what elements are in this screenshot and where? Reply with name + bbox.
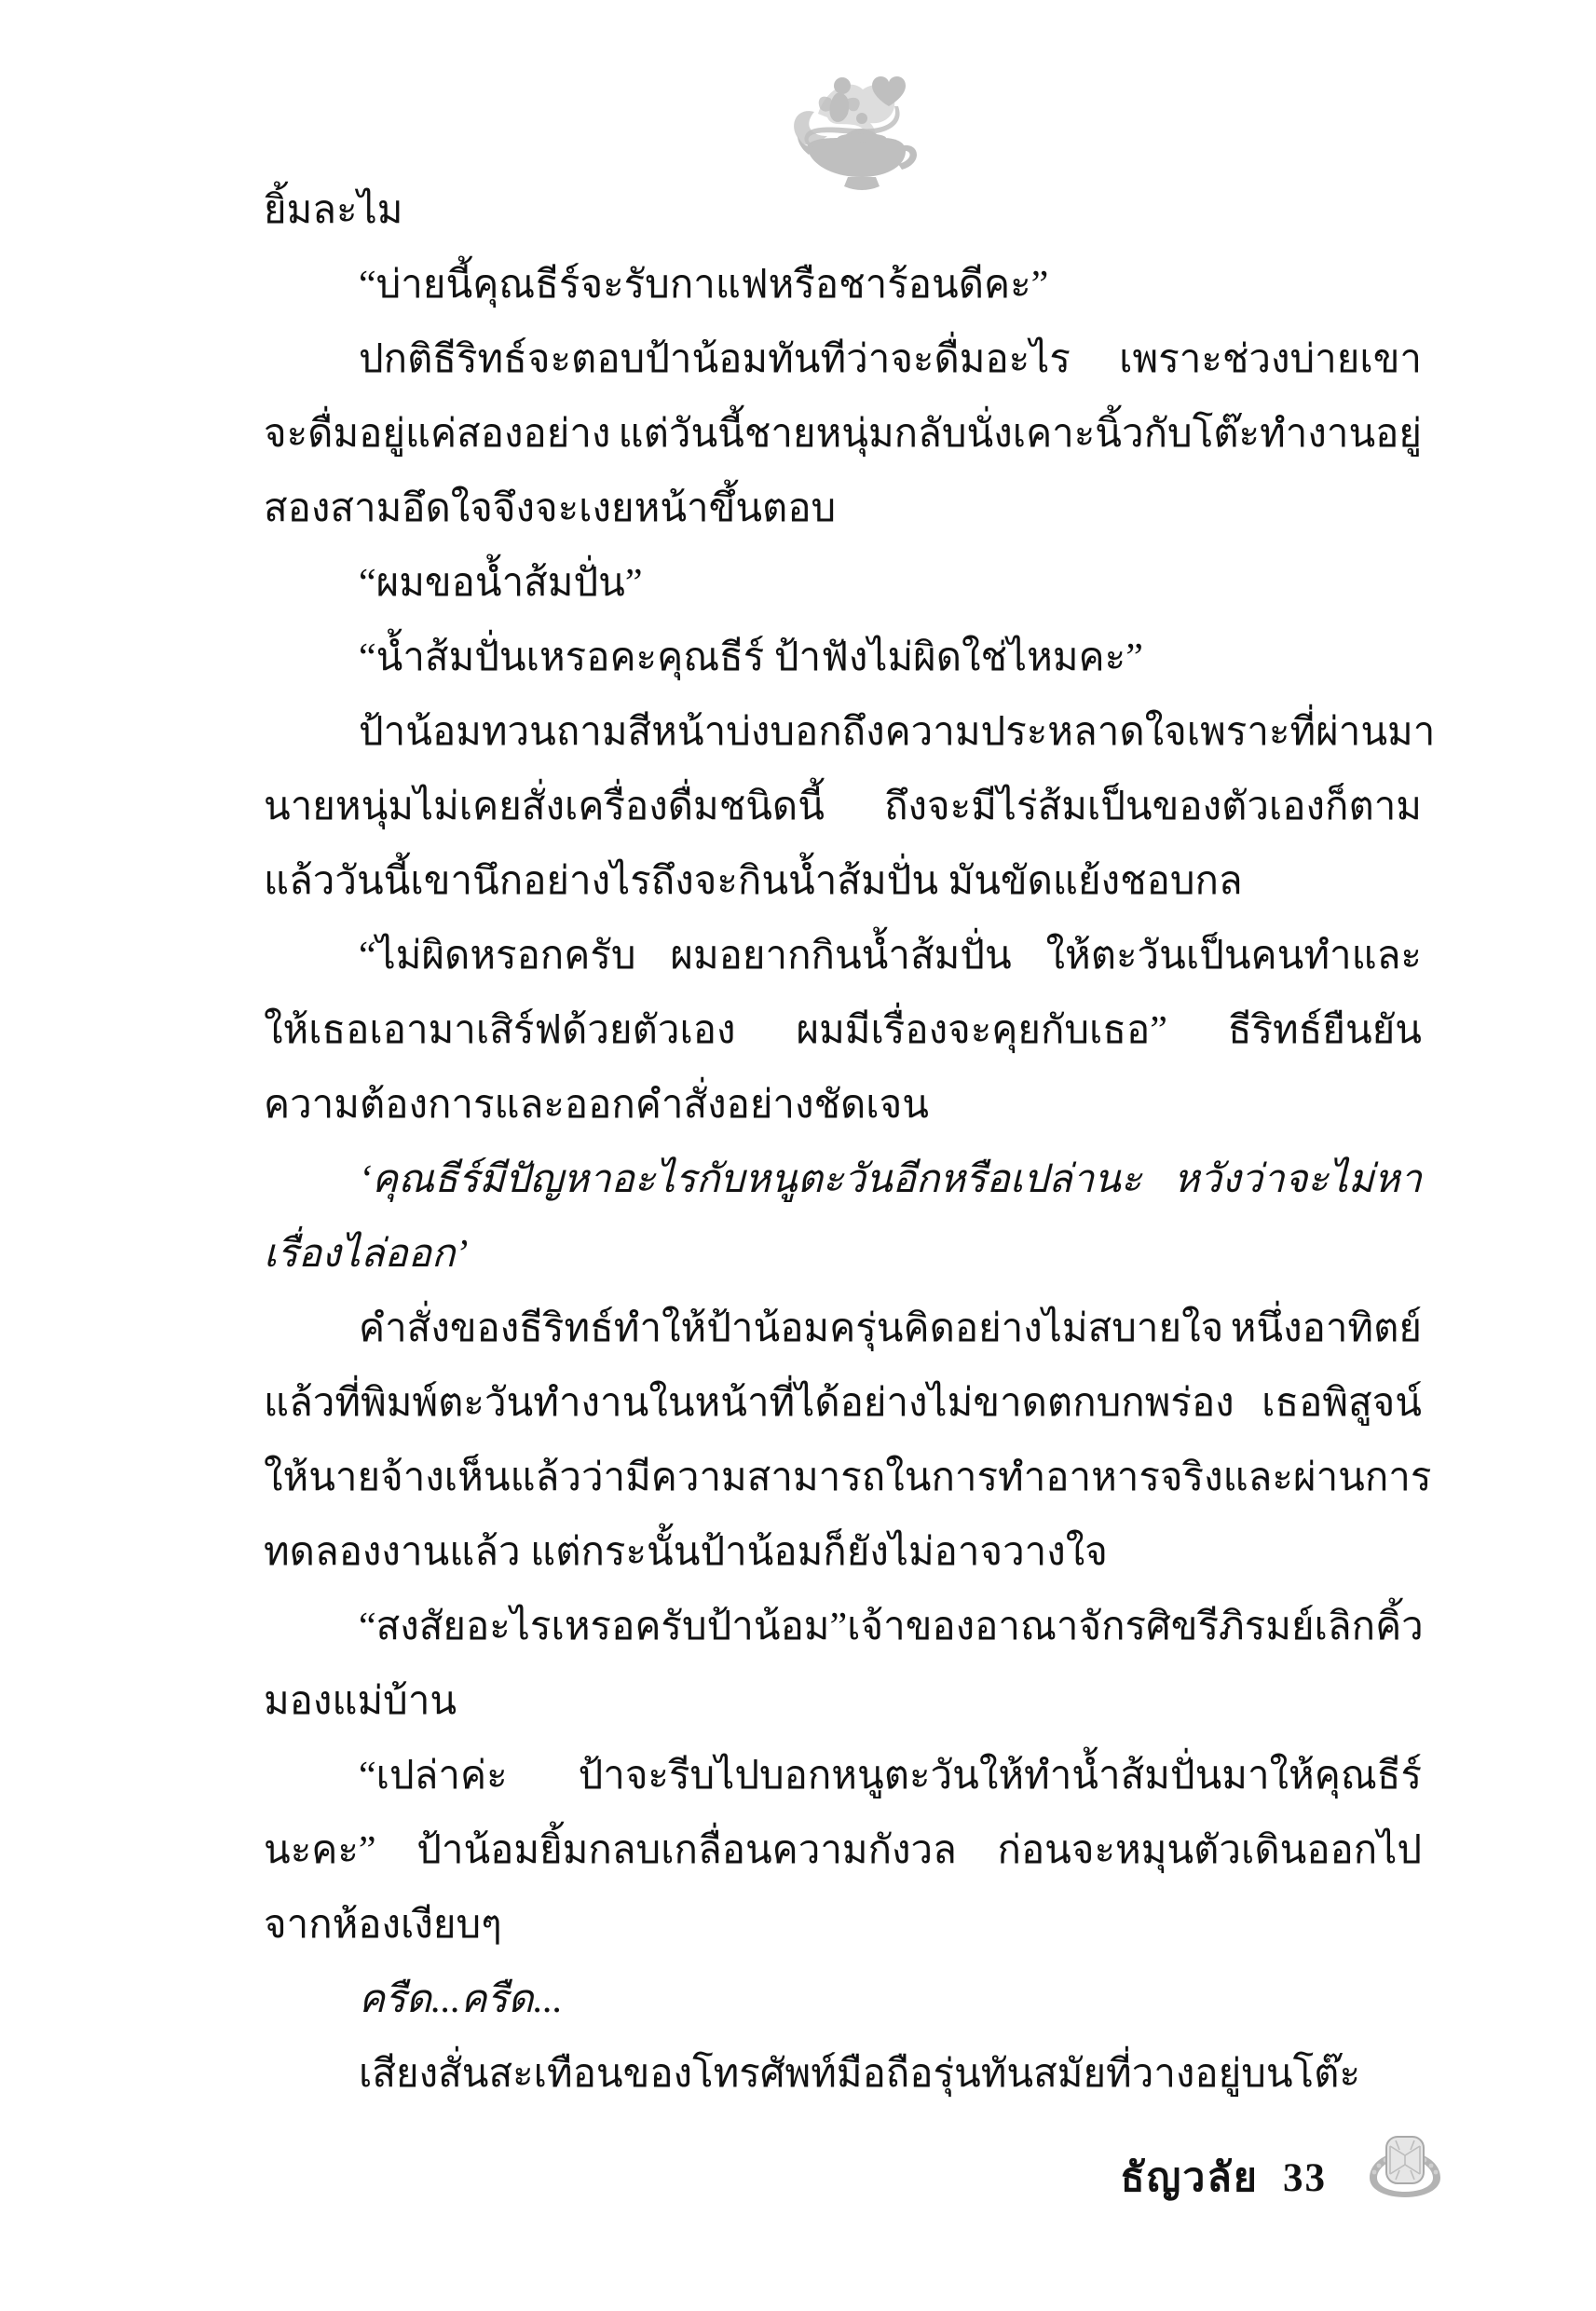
footer-text: ธัญวลัย 33 (1120, 2145, 1327, 2208)
text-line: ยิ้มละไม (264, 173, 1422, 248)
text-phrase: แล้วที่พิมพ์ตะวันทำงานในหน้าที่ได้อย่างไ… (264, 1366, 1235, 1441)
text-phrase: ปกติธีริทธ์จะตอบป้าน้อมทันทีว่าจะดื่มอะไ… (359, 322, 1071, 397)
text-phrase: ให้ตะวันเป็นคนทำและ (1046, 919, 1423, 993)
text-phrase: “สงสัยอะไรเหรอครับป้าน้อม” (359, 1590, 847, 1664)
text-line: แล้วที่พิมพ์ตะวันทำงานในหน้าที่ได้อย่างไ… (264, 1366, 1422, 1441)
text-line: ป้าน้อมทวนถามสีหน้าบ่งบอกถึงความประหลาดใ… (264, 695, 1422, 770)
text-phrase: ผมมีเรื่องจะคุยกับเธอ” (796, 993, 1166, 1068)
text-line: “เปล่าค่ะป้าจะรีบไปบอกหนูตะวันให้ทำน้ำส้… (264, 1739, 1422, 1813)
text-line: สองสามอึดใจจึงจะเงยหน้าขึ้นตอบ (264, 472, 1422, 546)
page-text: ยิ้มละไม“บ่ายนี้คุณธีร์จะรับกาแฟหรือชาร้… (264, 173, 1422, 2112)
text-line: “ไม่ผิดหรอกครับผมอยากกินน้ำส้มปั่นให้ตะว… (264, 919, 1422, 993)
text-phrase: นะคะ” (264, 1813, 376, 1888)
text-line: จะดื่มอยู่แค่สองอย่างแต่วันนี้ชายหนุ่มกล… (264, 397, 1422, 472)
text-line: ‘คุณธีร์มีปัญหาอะไรกับหนูตะวันอีกหรือเปล… (264, 1142, 1422, 1217)
text-line: นายหนุ่มไม่เคยสั่งเครื่องดื่มชนิดนี้ถึงจ… (264, 770, 1422, 844)
text-phrase: เพราะที่ผ่านมา (1187, 695, 1436, 770)
text-line: ครืด...ครืด... (264, 1962, 1422, 2037)
text-phrase: ก่อนจะหมุนตัวเดินออกไป (998, 1813, 1422, 1888)
text-phrase: เสียงสั่นสะเทือนของโทรศัพท์มือถือรุ่นทัน… (359, 2037, 1360, 2112)
text-line: นะคะ”ป้าน้อมยิ้มกลบเกลื่อนความกังวลก่อนจ… (264, 1813, 1422, 1888)
page-number: 33 (1283, 2155, 1327, 2201)
text-line: เรื่องไล่ออก’ (264, 1217, 1422, 1292)
text-line: “สงสัยอะไรเหรอครับป้าน้อม”เจ้าของอาณาจัก… (264, 1590, 1422, 1664)
text-phrase: “เปล่าค่ะ (359, 1739, 508, 1813)
text-line: แล้ววันนี้เขานึกอย่างไรถึงจะกินน้ำส้มปั่… (264, 844, 1422, 919)
text-line: “บ่ายนี้คุณธีร์จะรับกาแฟหรือชาร้อนดีคะ” (264, 248, 1422, 322)
text-phrase: ป้าจะรีบไปบอกหนูตะวันให้ทำน้ำส้มปั่นมาให… (579, 1739, 1422, 1813)
text-phrase: ผมอยากกินน้ำส้มปั่น (670, 919, 1011, 993)
text-phrase: ถึงจะมีไร่ส้มเป็นของตัวเองก็ตาม (884, 770, 1422, 844)
footer-series-label: ธัญวลัย (1120, 2145, 1259, 2208)
text-phrase: ป้าน้อมทวนถาม (359, 695, 628, 770)
text-phrase: นายหนุ่มไม่เคยสั่งเครื่องดื่มชนิดนี้ (264, 770, 825, 844)
text-phrase: เจ้าของอาณาจักรศิขรีภิรมย์เลิกคิ้ว (847, 1590, 1424, 1664)
text-phrase: ป้าน้อมยิ้มกลบเกลื่อนความกังวล (416, 1813, 957, 1888)
text-phrase: ให้เธอเอามาเสิร์ฟด้วยตัวเอง (264, 993, 736, 1068)
text-phrase: ให้นายจ้างเห็นแล้วว่ามีความสามารถในการทำ… (264, 1441, 1431, 1515)
text-line: จากห้องเงียบๆ (264, 1888, 1422, 1962)
diamond-ring-icon (1358, 2133, 1452, 2221)
text-phrase: หวังว่าจะไม่หา (1174, 1142, 1422, 1217)
page-footer: ธัญวลัย 33 (1120, 2132, 1452, 2222)
text-phrase: สีหน้าบ่งบอกถึงความประหลาดใจ (628, 695, 1187, 770)
text-line: เสียงสั่นสะเทือนของโทรศัพท์มือถือรุ่นทัน… (264, 2037, 1422, 2112)
book-page: ยิ้มละไม“บ่ายนี้คุณธีร์จะรับกาแฟหรือชาร้… (0, 0, 1596, 2311)
text-phrase: จะดื่มอยู่แค่สองอย่าง (264, 397, 610, 472)
text-line: คำสั่งของธีริทธ์ทำให้ป้าน้อมครุ่นคิดอย่า… (264, 1292, 1422, 1366)
text-line: มองแม่บ้าน (264, 1664, 1422, 1739)
text-phrase: เพราะช่วงบ่ายเขา (1119, 322, 1422, 397)
text-line: “ผมขอน้ำส้มปั่น” (264, 546, 1422, 621)
text-line: ความต้องการและออกคำสั่งอย่างชัดเจน (264, 1068, 1422, 1142)
text-phrase: “ไม่ผิดหรอกครับ (359, 919, 636, 993)
text-phrase: แต่วันนี้ชายหนุ่มกลับนั่งเคาะนิ้วกับโต๊ะ… (619, 397, 1422, 472)
text-phrase: หนึ่งอาทิตย์ (1231, 1292, 1422, 1366)
text-phrase: เธอพิสูจน์ (1262, 1366, 1422, 1441)
text-line: “น้ำส้มปั่นเหรอคะคุณธีร์ ป้าฟังไม่ผิดใช่… (264, 621, 1422, 695)
text-line: ให้เธอเอามาเสิร์ฟด้วยตัวเองผมมีเรื่องจะค… (264, 993, 1422, 1068)
text-line: ปกติธีริทธ์จะตอบป้าน้อมทันทีว่าจะดื่มอะไ… (264, 322, 1422, 397)
text-line: ให้นายจ้างเห็นแล้วว่ามีความสามารถในการทำ… (264, 1441, 1422, 1515)
text-phrase: ‘คุณธีร์มีปัญหาอะไรกับหนูตะวันอีกหรือเปล… (359, 1142, 1141, 1217)
text-line: ทดลองงานแล้ว แต่กระนั้นป้าน้อมก็ยังไม่อา… (264, 1515, 1422, 1590)
text-phrase: ธีริทธ์ยืนยัน (1228, 993, 1422, 1068)
text-phrase: คำสั่งของธีริทธ์ทำให้ป้าน้อมครุ่นคิดอย่า… (359, 1292, 1223, 1366)
